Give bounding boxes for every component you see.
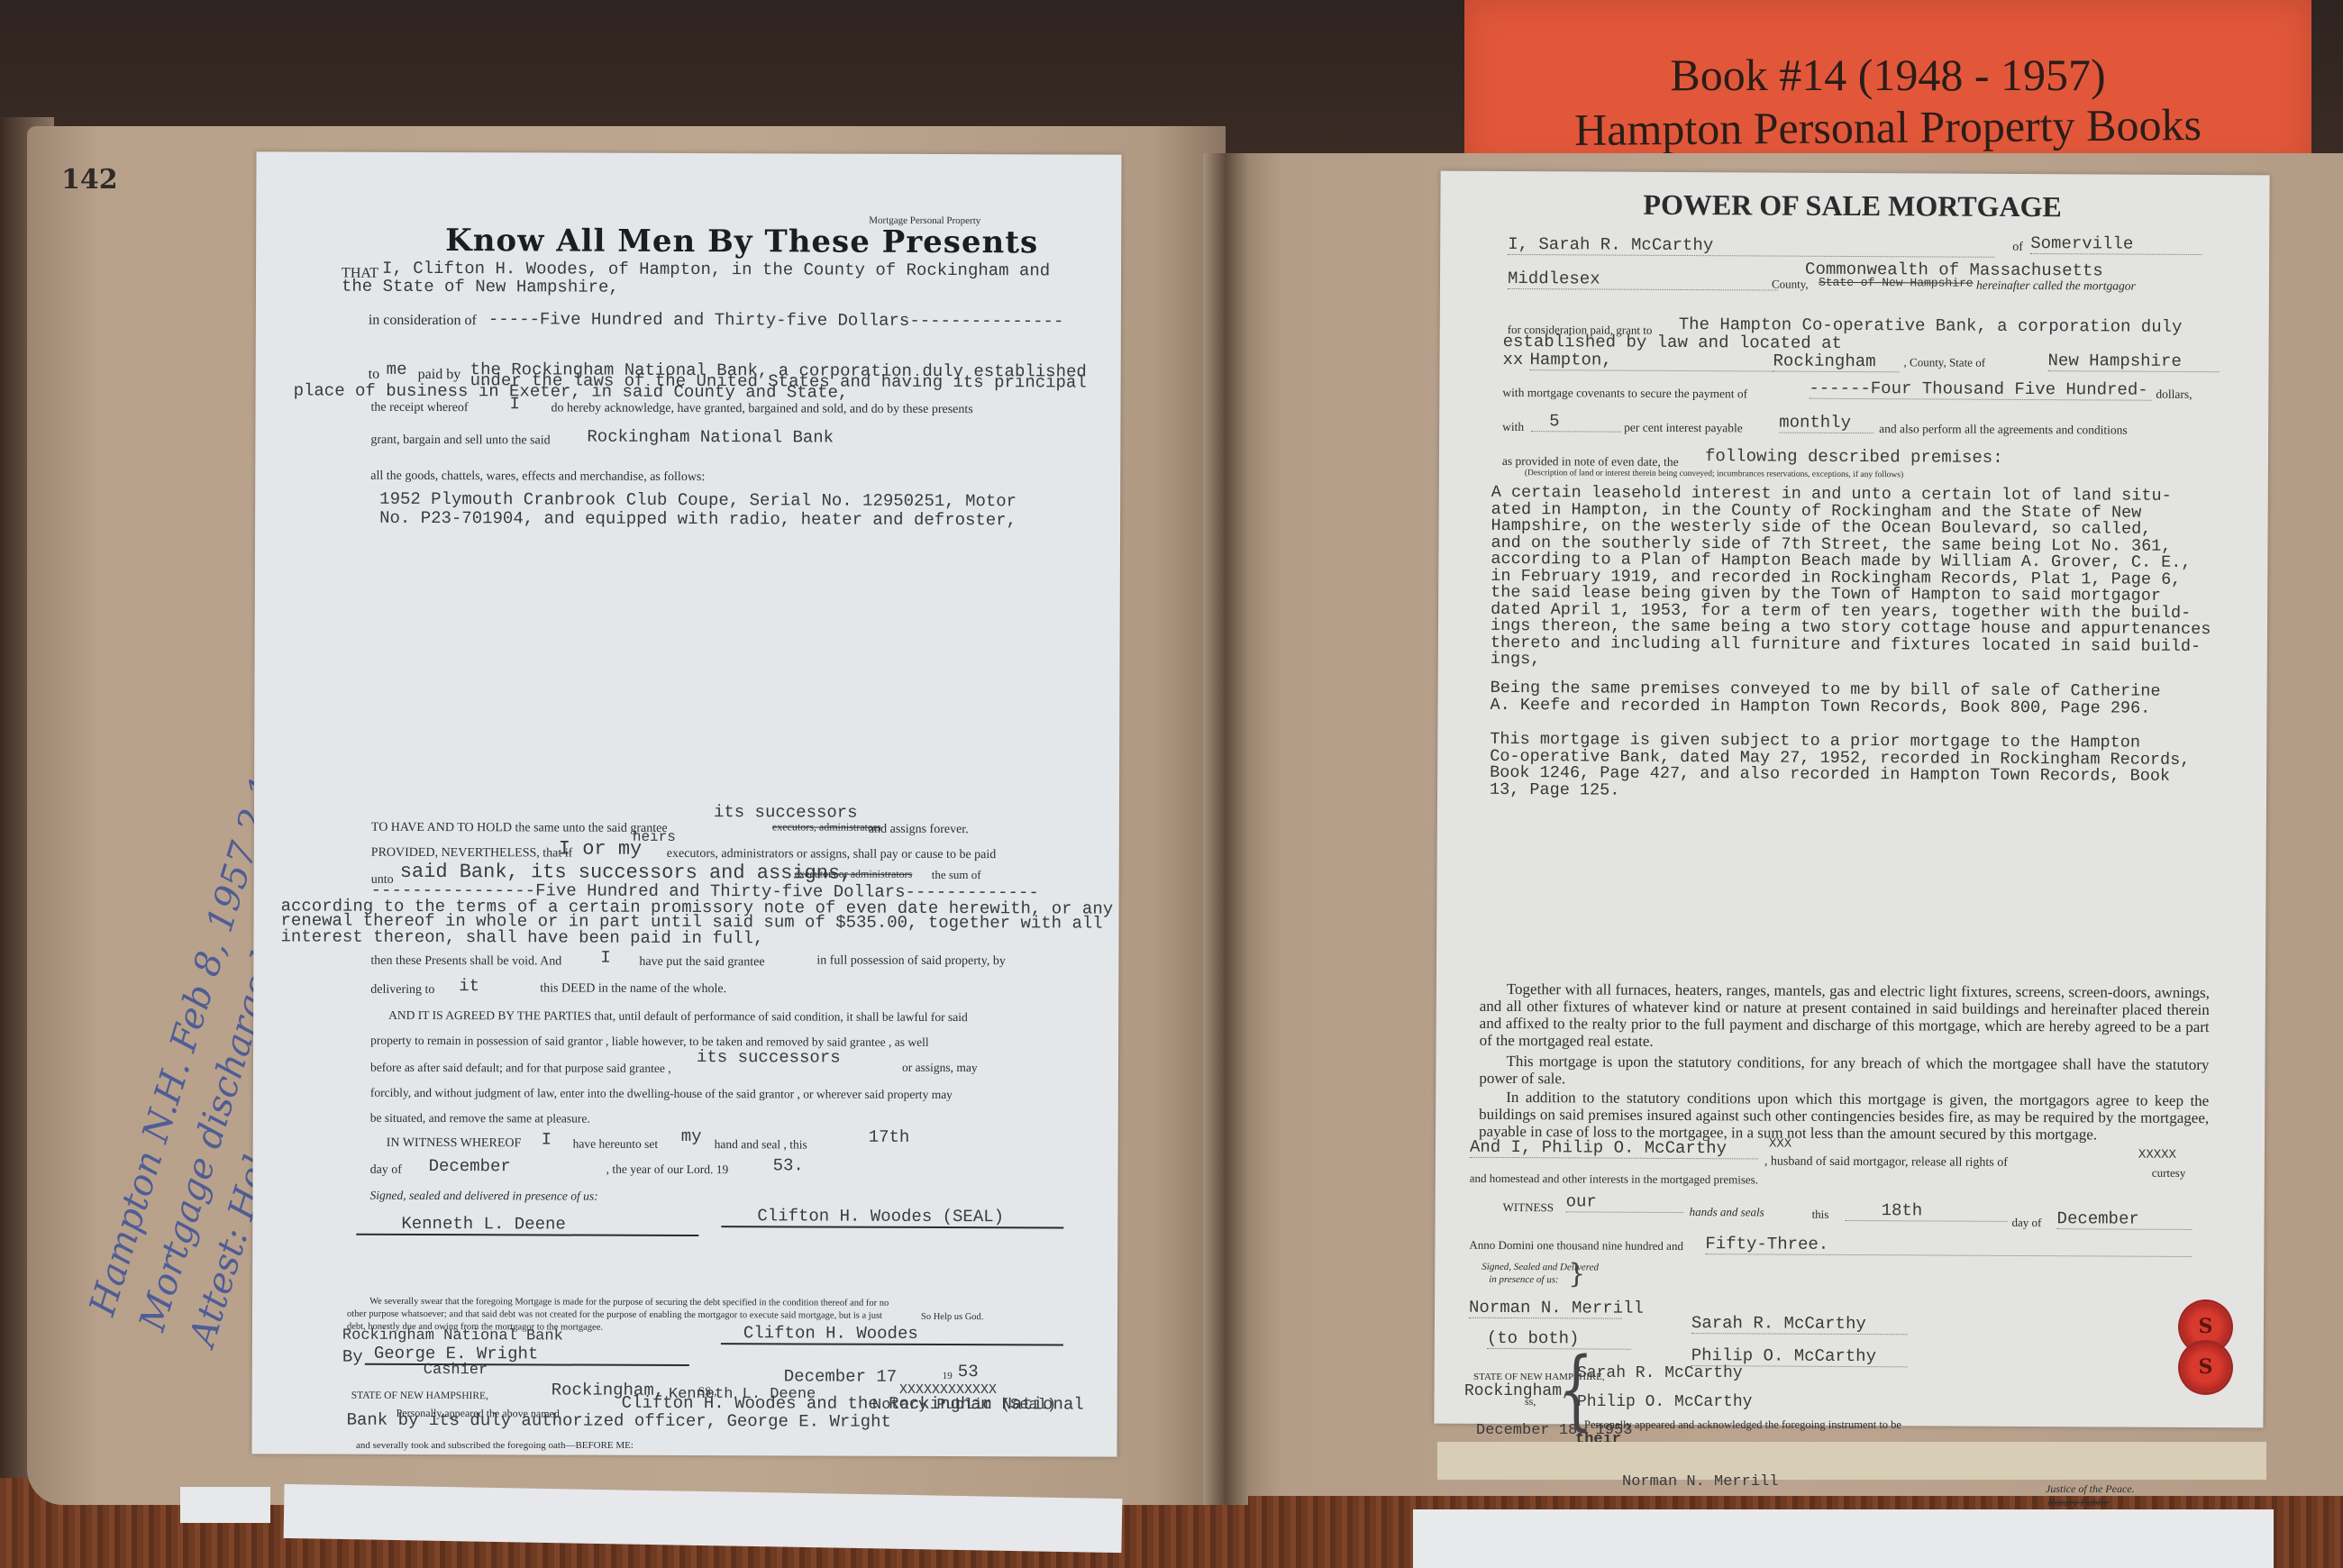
ack-name: Sarah R. McCarthy [1577,1364,1743,1382]
hold-clause-end: and assigns forever. [869,823,969,837]
struck-text: State of New Hampshire [1819,276,1974,290]
provided-text: executors, administrators or assigns, sh… [667,847,997,862]
location-county: Rockingham [1773,351,1899,373]
underlying-sheet [180,1487,270,1523]
grantor-signature: Clifton H. Woodes (SEAL) [721,1206,1063,1228]
agreed-clause: AND IT IS AGREED BY THE PARTIES that, un… [388,1008,968,1025]
paid-by-text: place of business in Exeter, in said Cou… [294,380,849,402]
page-number: 142 [61,164,118,196]
curtesy-label: curtesy [2152,1166,2186,1181]
sum-label: the sum of [932,868,981,882]
delivering-value: it [459,976,479,996]
to-value: me [387,360,407,379]
receipt-value: I [510,394,520,414]
struck-text: XXXXX [2138,1148,2176,1162]
bank-officer-signature: George E. Wright [365,1344,689,1366]
covenants-label: with mortgage covenants to secure the pa… [1502,386,1747,401]
grant-label: grant, bargain and sell unto the said [370,433,550,449]
hands-label: hands and seals [1690,1205,1764,1219]
consideration-label: in consideration of [369,313,477,329]
county-label: County, [1772,278,1809,292]
receipt-text: do hereby acknowledge, have granted, bar… [552,401,973,417]
agreed-clause: be situated, and remove the same at plea… [370,1111,590,1126]
notary-title: Notary Public (Seal) [872,1397,1056,1414]
statutory-paragraph: This mortgage is upon the statutory cond… [1479,1053,2209,1090]
homestead-text: and homestead and other interests in the… [1470,1171,1758,1188]
mortgagor-signature: Sarah R. McCarthy [1691,1313,1908,1335]
so-help-text: So Help us God. [921,1312,983,1322]
goods-label: all the goods, chattels, wares, effects … [370,469,705,485]
hold-clause: TO HAVE AND TO HOLD the same unto the sa… [371,821,668,836]
struck-text: Notary Public [2047,1496,2109,1509]
agreements-label: and also perform all the agreements and … [1879,422,2128,437]
husband-name: And I, Philip O. McCarthy [1470,1137,1758,1160]
heirs-insert: heirs [633,829,676,845]
amount-value: ------Four Thousand Five Hundred- [1809,378,2151,401]
ack-ss-label: ss, [1525,1395,1536,1408]
book-gutter [1203,153,1248,1505]
oath-text: We severally swear that the foregoing Mo… [369,1297,889,1308]
witness-day: 17th [869,1127,910,1147]
oath-signature: Clifton H. Woodes [721,1323,1063,1345]
signed-label: Signed, sealed and delivered in presence… [369,1189,597,1204]
mortgagor-name: I, Sarah R. McCarthy [1508,234,1994,258]
by-label: By [342,1347,363,1367]
conveyance-paragraph: Being the same premises conveyed to me b… [1490,680,2160,717]
grantor-text: the State of New Hampshire, [342,277,619,297]
document-title: POWER OF SALE MORTGAGE [1643,188,2062,223]
ack-year: 53 [958,1362,979,1381]
fixtures-paragraph: Together with all furnaces, heaters, ran… [1480,980,2210,1053]
interest-label: per cent interest payable [1624,421,1743,436]
this-label: this [1812,1208,1829,1222]
possession-text: in full possession of said property, by [816,954,1006,970]
prior-mortgage-paragraph: This mortgage is given subject to a prio… [1490,732,2191,802]
grant-value: Rockingham National Bank [587,427,834,448]
delivering-label: delivering to [370,983,434,998]
ack-county: Rockingham, [1464,1382,1572,1400]
ack-year-prefix: 19 [943,1371,953,1381]
goods-description: No. P23-701904, and equipped with radio,… [379,508,1017,530]
wax-seal-icon: S [2181,1343,2230,1392]
day-of-label: day of [2012,1216,2042,1230]
agreed-clause: or assigns, may [902,1061,978,1075]
oath-text: other purpose whatsoever; and that said … [347,1309,882,1321]
struck-text: executors, administrators [772,820,881,834]
note-label: as provided in note of even date, the [1502,454,1679,469]
witness-hand: hand and seal , this [715,1137,807,1152]
struck-text: XXXXXXXXXXXX [899,1382,997,1398]
void-value: I [600,948,610,968]
location-state: New Hampshire [2047,351,2219,372]
location-prefix: xx [1502,350,1523,369]
presence-label: in presence of us: [1489,1274,1559,1285]
note-value: following described premises: [1705,446,2003,468]
anno-value: Fifty-Three. [1705,1234,2192,1257]
witness-label: IN WITNESS WHEREOF [387,1136,522,1152]
brace-icon: } [1568,1258,1585,1290]
delivering-text: this DEED in the name of the whole. [540,981,726,997]
cashier-title: Cashier [424,1362,488,1379]
receipt-label: the receipt whereof [371,401,469,415]
dollars-label: dollars, [2156,387,2192,402]
insurance-paragraph: In addition to the statutory conditions … [1479,1089,2209,1144]
covenants-text: with mortgage covenants to secure the pa… [1502,386,1747,400]
justice-title: Justice of the Peace. [2046,1482,2135,1496]
struck-text: XXX [1769,1137,1791,1152]
witness-signature: Kenneth L. Deene [356,1214,698,1236]
bank-signature-name: Rockingham National Bank [342,1327,563,1345]
county-value: Middlesex [1508,269,1778,291]
mortgagor-label: hereinafter called the mortgagor [1976,278,2136,294]
state-label: STATE OF NEW HAMPSHIRE, [351,1390,488,1402]
description-hint: (Description of land or interest therein… [1525,469,1903,479]
anno-label: Anno Domini one thousand nine hundred an… [1469,1238,1683,1253]
witness-text: have hereunto set [573,1137,659,1152]
power-of-sale-mortgage-document: POWER OF SALE MORTGAGE I, Sarah R. McCar… [1434,171,2269,1428]
with-label: with [1502,420,1524,434]
document-heading: Know All Men By These Presents [445,223,1038,260]
witness-value: our [1566,1191,1683,1213]
appeared-text: Bank by its duly authorized officer, Geo… [347,1410,891,1432]
month-value: December [2057,1208,2193,1230]
sign-subtitle: Hampton Personal Property Books [1464,97,2311,157]
provided-value: I or my [559,838,643,861]
witness-value: I [542,1129,552,1149]
sign-title: Book #14 (1948 - 1957) [1464,49,2311,101]
of-value: Somerville [2030,233,2202,255]
chattel-mortgage-document: Mortgage Personal Property Know All Men … [251,151,1121,1456]
interest-rate: 5 [1531,411,1621,433]
terms-text: interest thereon, shall have been paid i… [280,926,763,948]
subscribed-text: and severally took and subscribed the fo… [356,1440,634,1451]
void-clause: then these Presents shall be void. And [370,954,561,970]
notary-signature: Kenneth L. Deene [669,1386,816,1403]
day-value: 18th [1846,1200,2008,1222]
successors-insert: its successors [714,802,858,823]
possession-text: have put the said grantee [639,955,764,970]
ack-name: Philip O. McCarthy [1577,1393,1752,1411]
location-town: Hampton, [1529,350,1773,371]
of-label: of [2012,241,2023,255]
day-of-value: December [429,1156,511,1176]
struck-text: executors or administrators [795,867,913,880]
provided-label: PROVIDED, NEVERTHELESS, that if [371,846,573,861]
ack-text: Personally appeared and acknowledged the… [1584,1418,1901,1432]
agreed-clause: property to remain in possession of said… [370,1034,929,1050]
book-label-sign: Book #14 (1948 - 1957) Hampton Personal … [1464,0,2311,171]
year-label: , the year of our Lord. 19 [606,1162,729,1177]
justice-signature: Norman N. Merrill [1622,1473,1778,1491]
agreed-clause: before as after said default; and for th… [370,1061,671,1076]
premises-description: A certain leasehold interest in and unto… [1491,485,2211,672]
ack-date: December 17 [784,1366,897,1386]
underlying-sheet [1413,1509,2274,1568]
interest-period: monthly [1779,413,1873,434]
husband-label: , husband of said mortgagor, release all… [1764,1154,2008,1170]
year-value: 53. [773,1155,804,1175]
location-county-label: , County, State of [1903,355,1985,369]
witness-my: my [681,1126,702,1146]
witness-label: WITNESS [1503,1200,1554,1215]
day-of-label: day of [370,1163,402,1178]
consideration-value: -----Five Hundred and Thirty-five Dollar… [488,309,1064,331]
agreed-clause: forcibly, and without judgment of law, e… [370,1086,953,1102]
successors-insert: its successors [697,1047,841,1068]
tape-strip [1437,1442,2266,1480]
witness-signature: Norman N. Merrill [1469,1298,1622,1319]
